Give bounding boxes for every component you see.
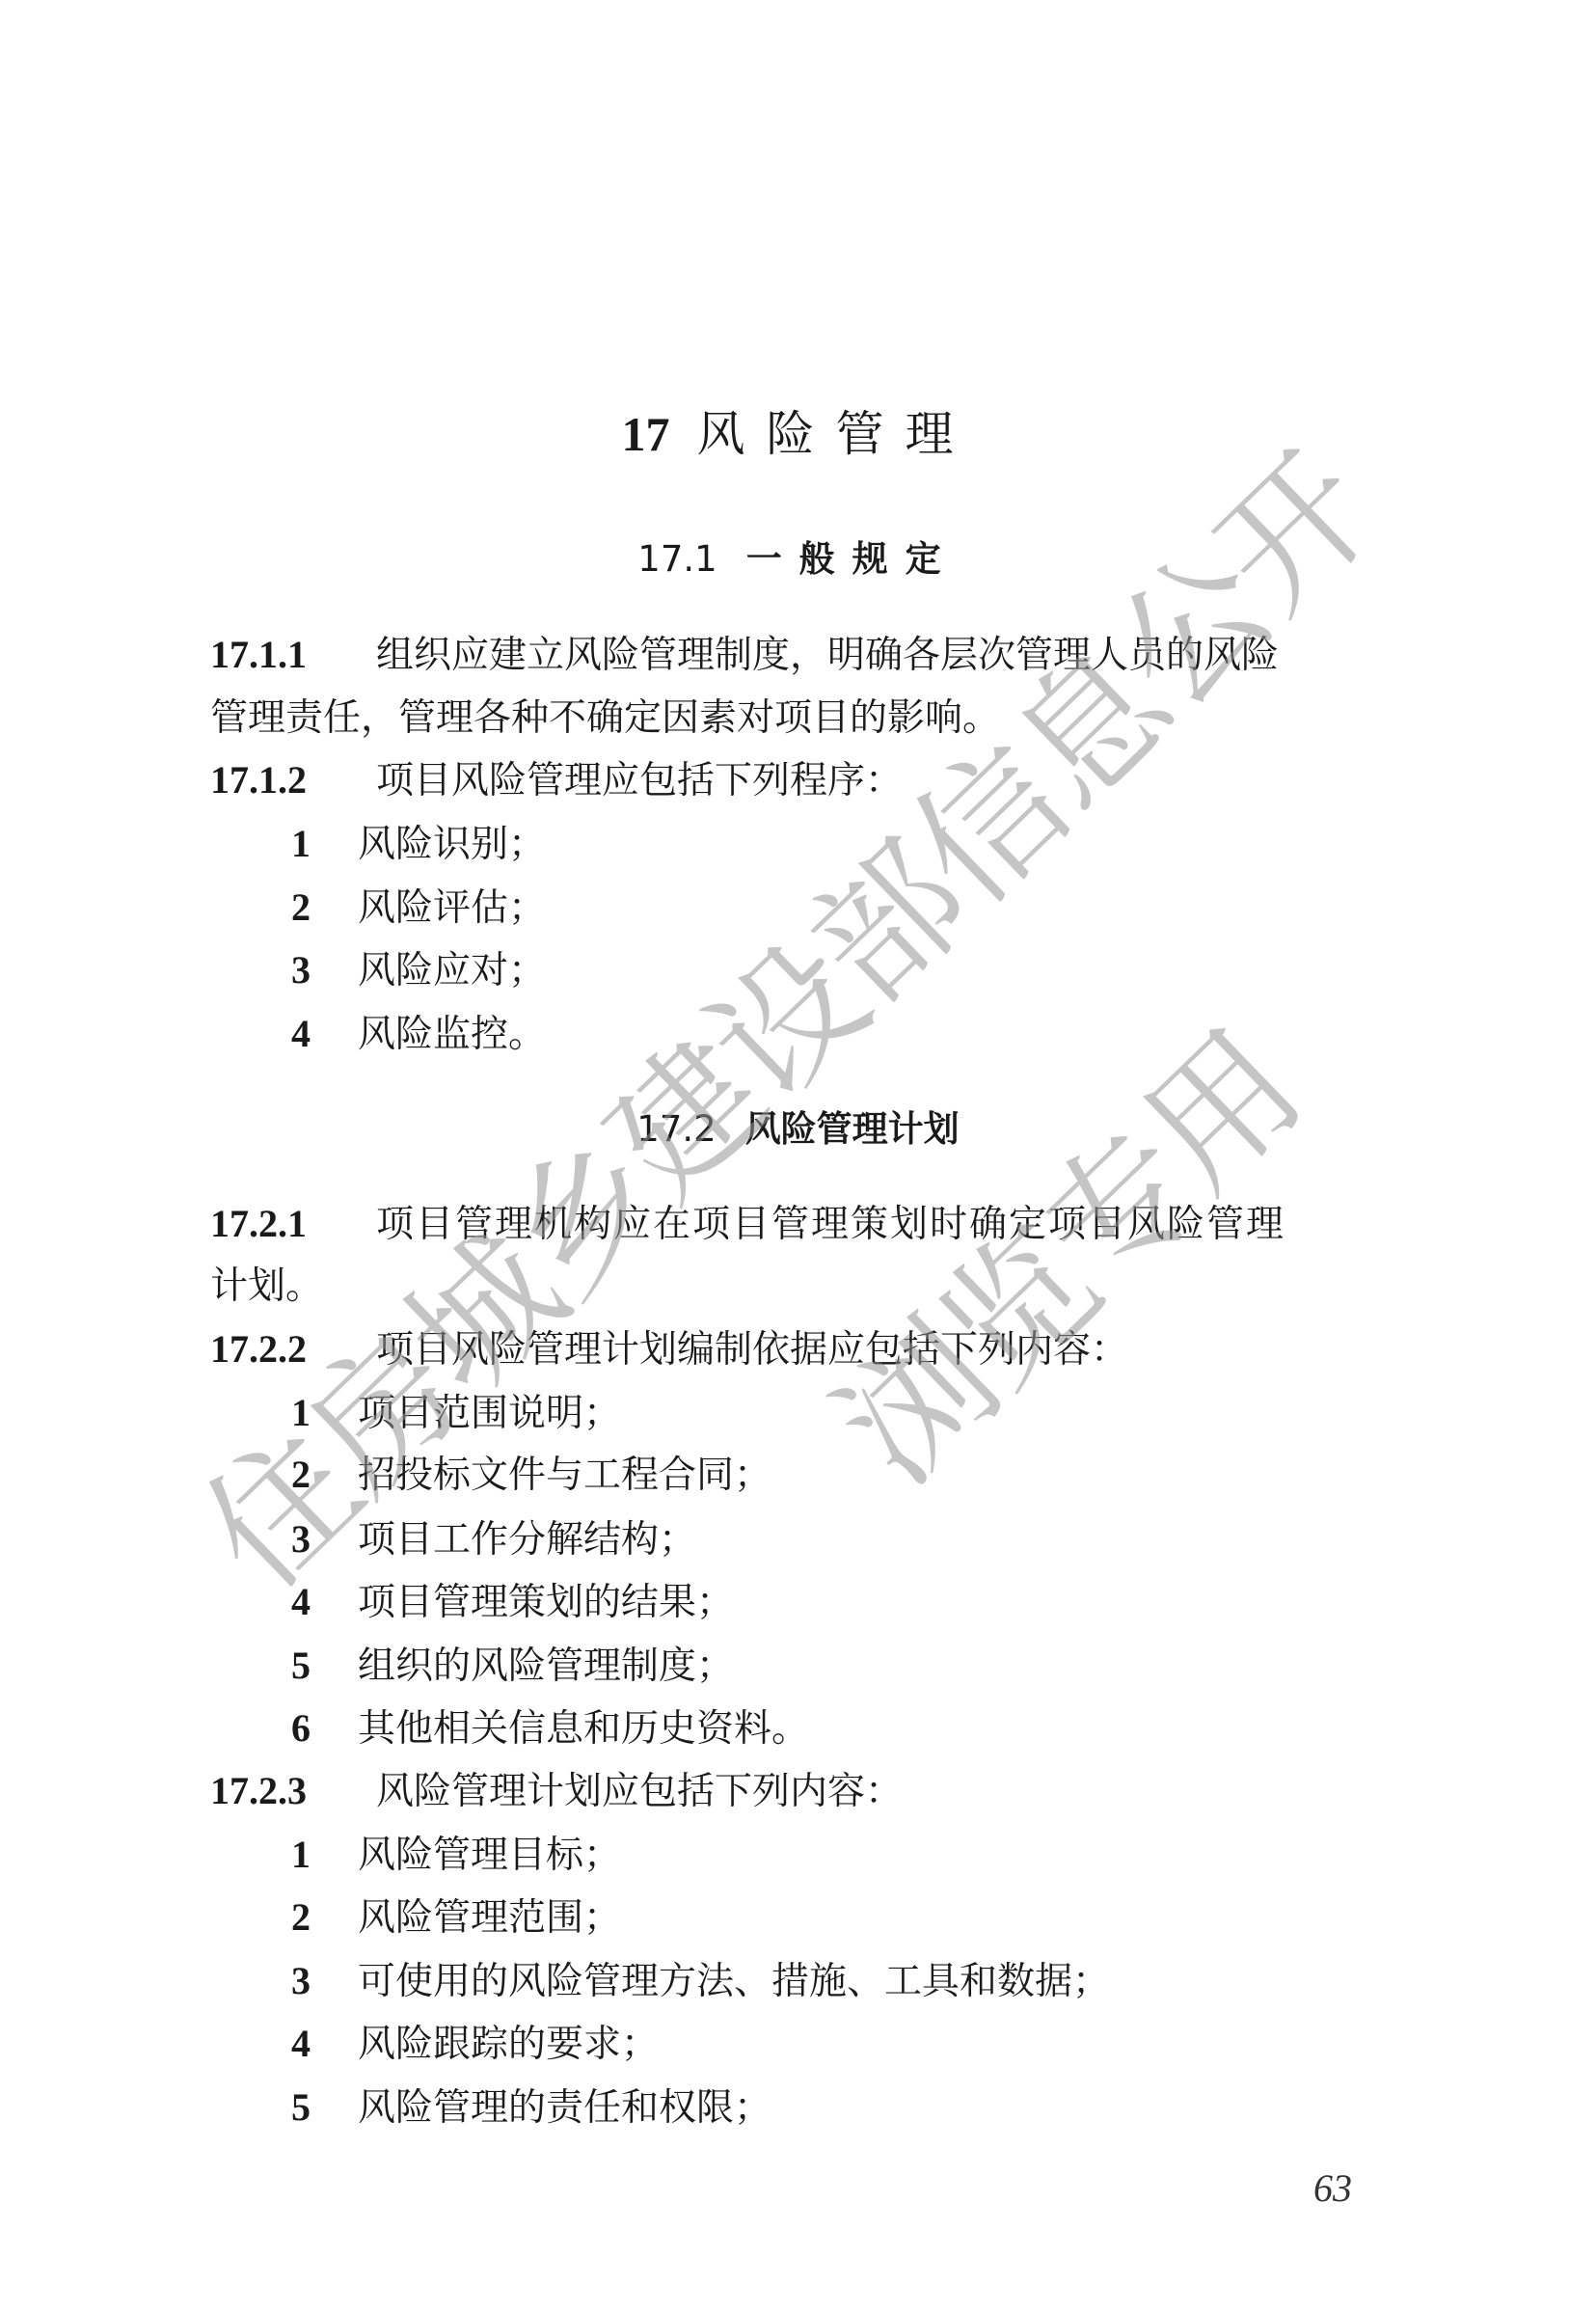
clause-text-continuation: 计划。	[210, 1263, 1387, 1311]
clause-17-1-2: 17.1.2项目风险管理应包括下列程序：	[210, 756, 1387, 805]
section-heading: 17.2风险管理计划	[0, 1105, 1596, 1154]
item-text: 风险监控。	[358, 1013, 546, 1056]
clause-text-continuation: 管理责任，管理各种不确定因素对项目的影响。	[210, 694, 1387, 743]
clause-text: 风险管理计划应包括下列内容：	[376, 1770, 903, 1813]
item-number: 3	[291, 1515, 358, 1563]
clause-number: 17.1.1	[210, 631, 376, 679]
list-item: 2风险评估；	[291, 884, 546, 933]
item-text: 组织的风险管理制度；	[358, 1645, 734, 1688]
list-item: 4风险跟踪的要求；	[291, 2020, 659, 2069]
chapter-number: 17	[622, 407, 670, 461]
clause-text: 计划。	[210, 1264, 323, 1308]
item-number: 6	[291, 1704, 358, 1753]
item-number: 2	[291, 1893, 358, 1942]
item-text: 风险识别；	[358, 823, 546, 866]
item-text: 风险应对；	[358, 949, 546, 992]
clause-17-2-3: 17.2.3风险管理计划应包括下列内容：	[210, 1767, 1387, 1816]
section-title-text: 风险管理计划	[745, 1108, 960, 1150]
section-number: 17.1	[637, 538, 717, 580]
clause-17-2-2: 17.2.2项目风险管理计划编制依据应包括下列内容：	[210, 1325, 1387, 1374]
item-number: 1	[291, 1389, 358, 1437]
clause-text: 项目风险管理应包括下列程序：	[376, 759, 903, 802]
clause-text: 管理责任，管理各种不确定因素对项目的影响。	[210, 696, 1000, 740]
item-number: 1	[291, 820, 358, 868]
watermark-line-2: 浏览专用	[786, 979, 1336, 1520]
item-number: 1	[291, 1831, 358, 1879]
item-text: 可使用的风险管理方法、措施、工具和数据；	[358, 1960, 1110, 2003]
item-text: 风险管理目标；	[358, 1834, 621, 1877]
list-item: 1风险管理目标；	[291, 1831, 621, 1880]
page-number: 63	[1313, 2165, 1352, 2211]
clause-17-1-1: 17.1.1组织应建立风险管理制度，明确各层次管理人员的风险	[210, 631, 1387, 680]
clause-number: 17.2.1	[210, 1200, 376, 1248]
item-text: 风险管理的责任和权限；	[358, 2086, 771, 2130]
list-item: 2风险管理范围；	[291, 1893, 621, 1943]
item-number: 3	[291, 946, 358, 994]
item-text: 招投标文件与工程合同；	[358, 1454, 771, 1497]
clause-text: 项目管理机构应在项目管理策划时确定项目风险管理	[376, 1203, 1285, 1246]
item-text: 风险跟踪的要求；	[358, 2023, 659, 2066]
item-text: 其他相关信息和历史资料。	[358, 1707, 809, 1751]
item-number: 5	[291, 1642, 358, 1690]
clause-number: 17.2.3	[210, 1767, 376, 1815]
item-number: 4	[291, 2020, 358, 2068]
chapter-title-text: 风险管理	[697, 406, 975, 462]
item-text: 项目工作分解结构；	[358, 1518, 696, 1562]
clause-text: 项目风险管理计划编制依据应包括下列内容：	[376, 1328, 1128, 1372]
section-title-text: 一般规定	[746, 538, 959, 580]
clause-17-2-1: 17.2.1项目管理机构应在项目管理策划时确定项目风险管理	[210, 1200, 1387, 1249]
chapter-title: 17风险管理	[0, 403, 1596, 465]
list-item: 4风险监控。	[291, 1010, 546, 1059]
list-item: 3可使用的风险管理方法、措施、工具和数据；	[291, 1957, 1110, 2006]
item-number: 2	[291, 1451, 358, 1499]
item-number: 4	[291, 1578, 358, 1626]
item-number: 3	[291, 1957, 358, 2005]
section-heading: 17.1一般规定	[0, 535, 1596, 584]
list-item: 6其他相关信息和历史资料。	[291, 1704, 809, 1754]
item-text: 风险评估；	[358, 886, 546, 930]
item-number: 4	[291, 1010, 358, 1058]
item-text: 项目范围说明；	[358, 1392, 621, 1435]
list-item: 2招投标文件与工程合同；	[291, 1451, 771, 1500]
document-page: 17风险管理 17.1一般规定 17.1.1组织应建立风险管理制度，明确各层次管…	[0, 0, 1596, 2311]
list-item: 3项目工作分解结构；	[291, 1515, 696, 1564]
item-text: 风险管理范围；	[358, 1896, 621, 1940]
list-item: 3风险应对；	[291, 946, 546, 995]
list-item: 4项目管理策划的结果；	[291, 1578, 734, 1627]
list-item: 5组织的风险管理制度；	[291, 1642, 734, 1691]
list-item: 1风险识别；	[291, 820, 546, 869]
list-item: 1项目范围说明；	[291, 1389, 621, 1438]
item-text: 项目管理策划的结果；	[358, 1581, 734, 1624]
item-number: 2	[291, 884, 358, 932]
section-number: 17.2	[636, 1108, 716, 1150]
clause-number: 17.1.2	[210, 756, 376, 804]
clause-text: 组织应建立风险管理制度，明确各层次管理人员的风险	[376, 634, 1279, 677]
list-item: 5风险管理的责任和权限；	[291, 2083, 771, 2133]
item-number: 5	[291, 2083, 358, 2132]
clause-number: 17.2.2	[210, 1325, 376, 1373]
